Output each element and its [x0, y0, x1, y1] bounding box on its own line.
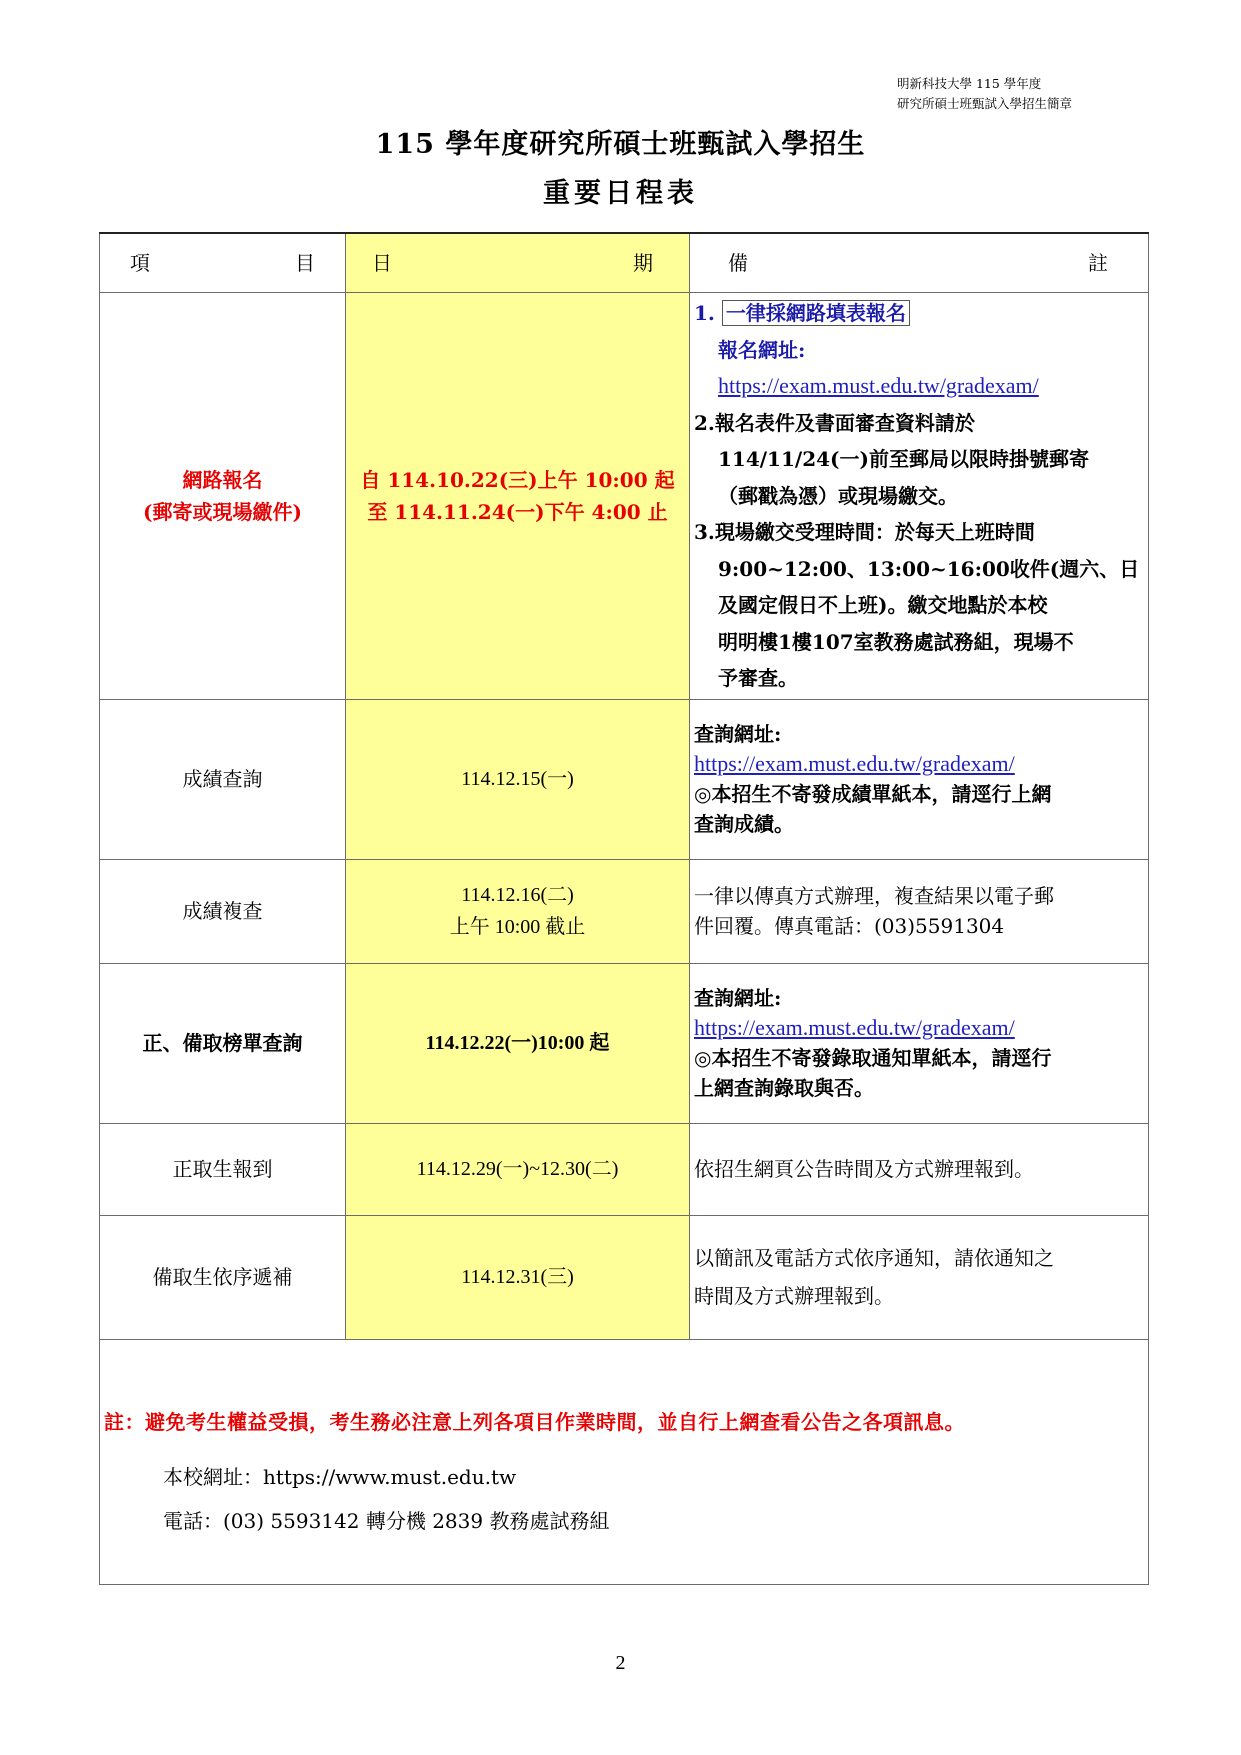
document-title: 115 學年度研究所碩士班甄試入學招生	[0, 128, 1241, 162]
header-remarks: 備 註	[690, 233, 1149, 293]
page-number: 2	[0, 1652, 1241, 1675]
item-cell: 備取生依序遞補	[100, 1215, 346, 1339]
remarks-cell: 依招生網頁公告時間及方式辦理報到。	[690, 1123, 1149, 1215]
footer-notes-cell: 註：避免考生權益受損，考生務必注意上列各項目作業時間，並自行上網查看公告之各項訊…	[100, 1339, 1149, 1584]
item-cell: 正取生報到	[100, 1123, 346, 1215]
school-website: 本校網址：https://www.must.edu.tw	[100, 1460, 1148, 1494]
registration-url-link[interactable]: https://exam.must.edu.tw/gradexam/	[718, 373, 1039, 398]
table-row-enrollment: 正取生報到 114.12.29(一)~12.30(二) 依招生網頁公告時間及方式…	[100, 1123, 1149, 1215]
table-row-score-review: 成績複查 114.12.16(二) 上午 10:00 截止 一律以傳真方式辦理，…	[100, 859, 1149, 963]
date-cell: 114.12.29(一)~12.30(二)	[346, 1123, 690, 1215]
item-cell: 成績複查	[100, 859, 346, 963]
contact-phone: 電話：(03) 5593142 轉分機 2839 教務處試務組	[100, 1504, 1148, 1538]
date-cell: 114.12.22(一)10:00 起	[346, 963, 690, 1123]
table-row-score-inquiry: 成績查詢 114.12.15(一) 查詢網址: https://exam.mus…	[100, 699, 1149, 859]
date-cell: 自 114.10.22(三)上午 10:00 起 至 114.11.24(一)下…	[346, 293, 690, 700]
warning-note: 註：避免考生權益受損，考生務必注意上列各項目作業時間，並自行上網查看公告之各項訊…	[100, 1406, 1148, 1438]
header-date: 日 期	[346, 233, 690, 293]
running-header-line2: 研究所碩士班甄試入學招生簡章	[897, 94, 1137, 114]
item-cell: 網路報名 (郵寄或現場繳件)	[100, 293, 346, 700]
remarks-cell: 以簡訊及電話方式依序通知，請依通知之 時間及方式辦理報到。	[690, 1215, 1149, 1339]
remarks-cell: 一律以傳真方式辦理，複查結果以電子郵 件回覆。傳真電話：(03)5591304	[690, 859, 1149, 963]
running-header: 明新科技大學 115 學年度 研究所碩士班甄試入學招生簡章	[897, 74, 1137, 114]
table-row-admission-list: 正、備取榜單查詢 114.12.22(一)10:00 起 查詢網址: https…	[100, 963, 1149, 1123]
header-item: 項 目	[100, 233, 346, 293]
table-row-online-registration: 網路報名 (郵寄或現場繳件) 自 114.10.22(三)上午 10:00 起 …	[100, 293, 1149, 700]
online-form-notice: 一律採網路填表報名	[722, 300, 910, 326]
remarks-cell: 查詢網址: https://exam.must.edu.tw/gradexam/…	[690, 699, 1149, 859]
score-inquiry-url-link[interactable]: https://exam.must.edu.tw/gradexam/	[694, 751, 1015, 776]
admission-list-url-link[interactable]: https://exam.must.edu.tw/gradexam/	[694, 1015, 1015, 1040]
table-footer-row: 註：避免考生權益受損，考生務必注意上列各項目作業時間，並自行上網查看公告之各項訊…	[100, 1339, 1149, 1584]
item-cell: 成績查詢	[100, 699, 346, 859]
date-cell: 114.12.15(一)	[346, 699, 690, 859]
schedule-table: 項 目 日 期 備 註 網路報名 (郵寄或現場繳件) 自 114.10.22(三…	[99, 232, 1149, 1585]
table-header-row: 項 目 日 期 備 註	[100, 233, 1149, 293]
date-cell: 114.12.16(二) 上午 10:00 截止	[346, 859, 690, 963]
document-subtitle: 重要日程表	[0, 177, 1241, 211]
remarks-cell: 查詢網址: https://exam.must.edu.tw/gradexam/…	[690, 963, 1149, 1123]
date-cell: 114.12.31(三)	[346, 1215, 690, 1339]
running-header-line1: 明新科技大學 115 學年度	[897, 74, 1137, 94]
table-row-waitlist: 備取生依序遞補 114.12.31(三) 以簡訊及電話方式依序通知，請依通知之 …	[100, 1215, 1149, 1339]
item-cell: 正、備取榜單查詢	[100, 963, 346, 1123]
remarks-cell: 1. 一律採網路填表報名 報名網址: https://exam.must.edu…	[690, 293, 1149, 700]
